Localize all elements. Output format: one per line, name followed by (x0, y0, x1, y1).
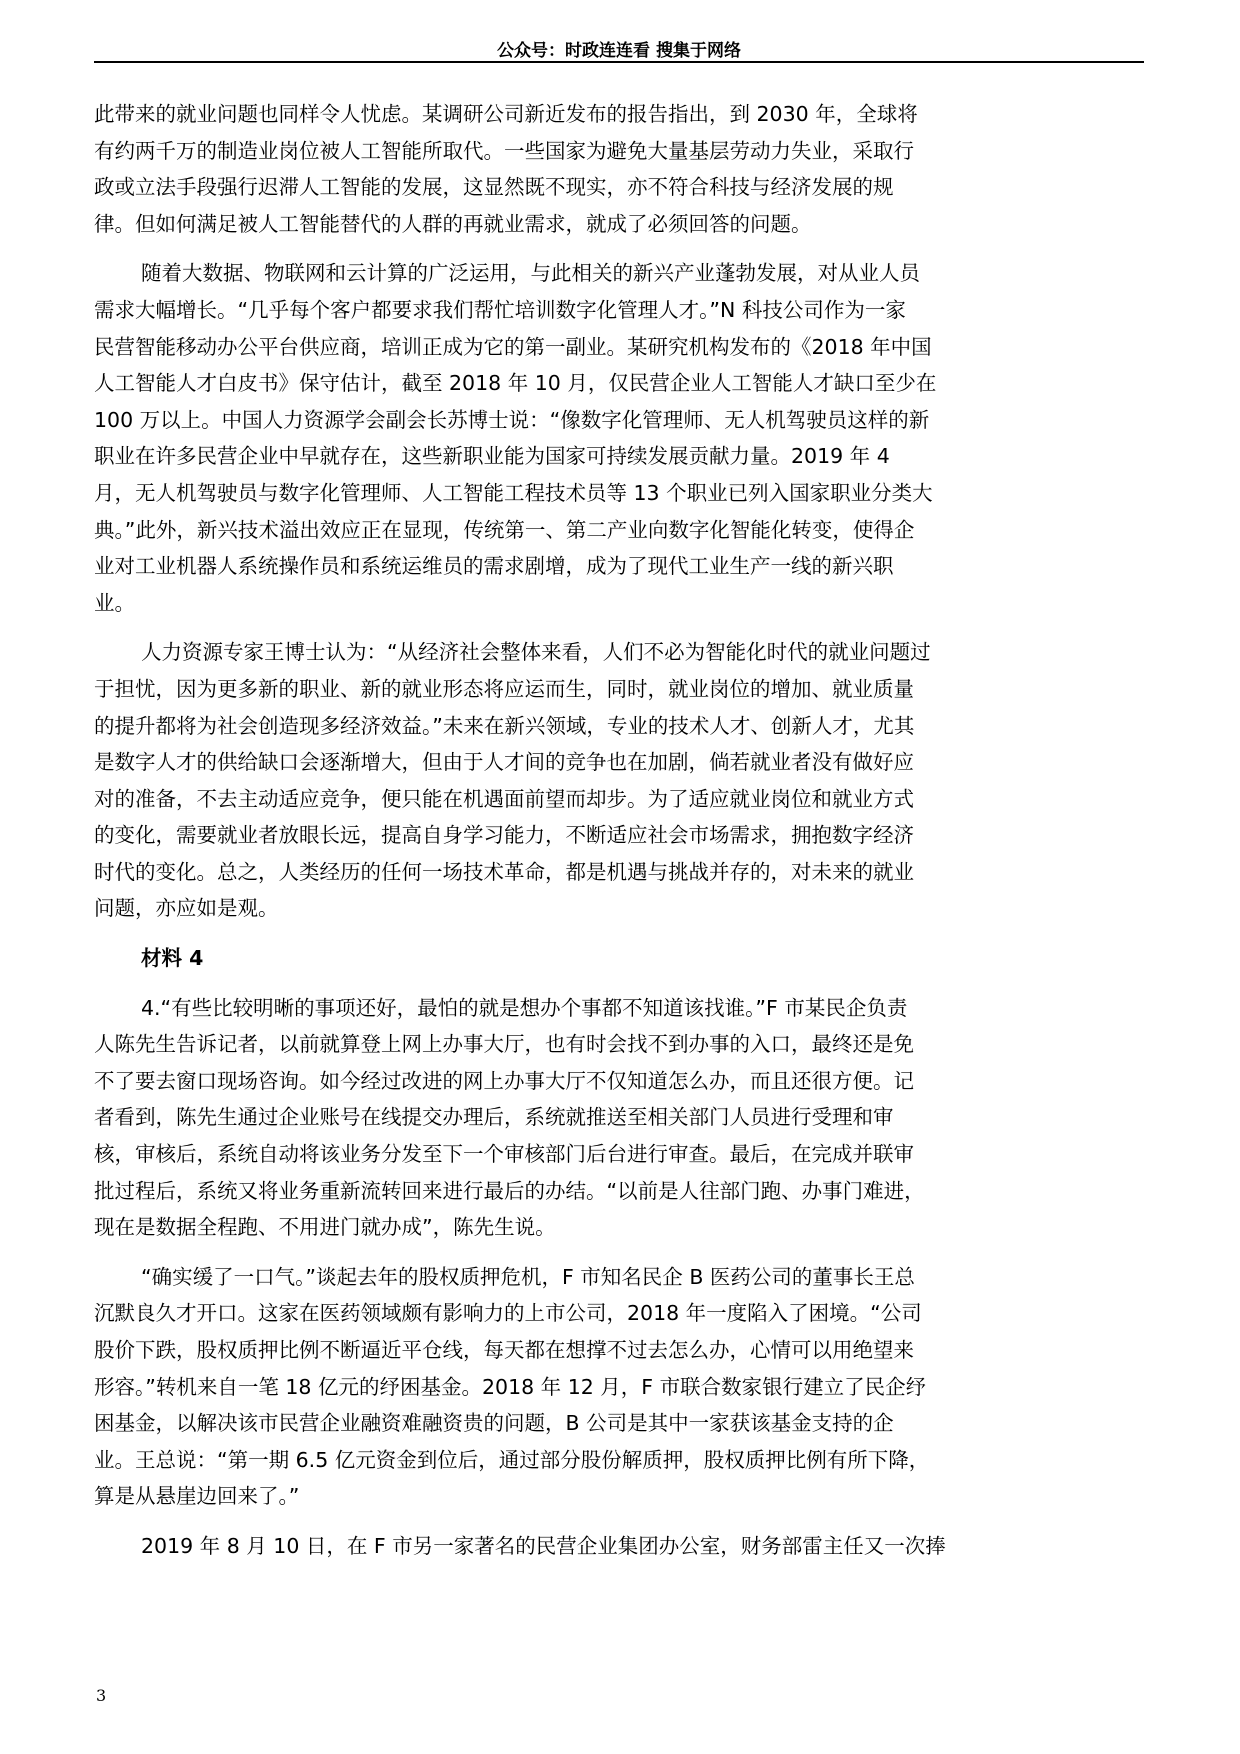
text-line: 100 万以上。中国人力资源学会副会长苏博士说：“像数字化管理师、无人机驾驶员这… (94, 402, 1144, 439)
text-line: 此带来的就业问题也同样令人忧虑。某调研公司新近发布的报告指出，到 2030 年，… (94, 96, 1144, 133)
document-body: 此带来的就业问题也同样令人忧虑。某调研公司新近发布的报告指出，到 2030 年，… (94, 96, 1144, 1578)
text-line: 不了要去窗口现场咨询。如今经过改进的网上办事大厅不仅知道怎么办，而且还很方便。记 (94, 1063, 1144, 1100)
text-line: 职业在许多民营企业中早就存在，这些新职业能为国家可持续发展贡献力量。2019 年… (94, 438, 1144, 475)
text-line: 形容。”转机来自一笔 18 亿元的纾困基金。2018 年 12 月，F 市联合数… (94, 1369, 1144, 1406)
text-line: 算是从悬崖边回来了。” (94, 1478, 1144, 1515)
text-line: 时代的变化。总之，人类经历的任何一场技术革命，都是机遇与挑战并存的，对未来的就业 (94, 854, 1144, 891)
text-line: 现在是数据全程跑、不用进门就办成”，陈先生说。 (94, 1209, 1144, 1246)
header-divider (94, 61, 1144, 63)
text-line: 于担忧，因为更多新的职业、新的就业形态将应运而生，同时，就业岗位的增加、就业质量 (94, 671, 1144, 708)
text-line: 沉默良久才开口。这家在医药领域颇有影响力的上市公司，2018 年一度陷入了困境。… (94, 1295, 1144, 1332)
page-number: 3 (96, 1686, 106, 1705)
text-line: 是数字人才的供给缺口会逐渐增大，但由于人才间的竞争也在加剧，倘若就业者没有做好应 (94, 744, 1144, 781)
text-line: 业。王总说：“第一期 6.5 亿元资金到位后，通过部分股份解质押，股权质押比例有… (94, 1442, 1144, 1479)
paragraph-digital-talent: 随着大数据、物联网和云计算的广泛运用，与此相关的新兴产业蓬勃发展，对从业人员 需… (94, 255, 1144, 621)
text-line: 2019 年 8 月 10 日，在 F 市另一家著名的民营企业集团办公室，财务部… (94, 1528, 1144, 1565)
text-line: 政或立法手段强行迟滞人工智能的发展，这显然既不现实，亦不符合科技与经济发展的规 (94, 169, 1144, 206)
text-line: 月，无人机驾驶员与数字化管理师、人工智能工程技术员等 13 个职业已列入国家职业… (94, 475, 1144, 512)
paragraph-expert-opinion: 人力资源专家王博士认为：“从经济社会整体来看，人们不必为智能化时代的就业问题过 … (94, 634, 1144, 927)
text-line: 民营智能移动办公平台供应商，培训正成为它的第一副业。某研究机构发布的《2018 … (94, 329, 1144, 366)
text-line: 4.“有些比较明晰的事项还好，最怕的就是想办个事都不知道该找谁。”F 市某民企负… (94, 990, 1144, 1027)
text-line: 人陈先生告诉记者，以前就算登上网上办事大厅，也有时会找不到办事的入口，最终还是免 (94, 1026, 1144, 1063)
section-heading: 材料 4 (94, 940, 1144, 977)
paragraph-relief-fund: “确实缓了一口气。”谈起去年的股权质押危机，F 市知名民企 B 医药公司的董事长… (94, 1259, 1144, 1515)
text-line: 人工智能人才白皮书》保守估计，截至 2018 年 10 月，仅民营企业人工智能人… (94, 365, 1144, 402)
text-line: “确实缓了一口气。”谈起去年的股权质押危机，F 市知名民企 B 医药公司的董事长… (94, 1259, 1144, 1296)
text-line: 的变化，需要就业者放眼长远，提高自身学习能力，不断适应社会市场需求，拥抱数字经济 (94, 817, 1144, 854)
text-line: 问题，亦应如是观。 (94, 890, 1144, 927)
text-line: 有约两千万的制造业岗位被人工智能所取代。一些国家为避免大量基层劳动力失业，采取行 (94, 133, 1144, 170)
text-line: 的提升都将为社会创造现多经济效益。”未来在新兴领域，专业的技术人才、创新人才，尤… (94, 708, 1144, 745)
text-line: 人力资源专家王博士认为：“从经济社会整体来看，人们不必为智能化时代的就业问题过 (94, 634, 1144, 671)
text-line: 需求大幅增长。“几乎每个客户都要求我们帮忙培训数字化管理人才。”N 科技公司作为… (94, 292, 1144, 329)
text-line: 律。但如何满足被人工智能替代的人群的再就业需求，就成了必须回答的问题。 (94, 206, 1144, 243)
text-line: 股价下跌，股权质押比例不断逼近平仓线，每天都在想撑不过去怎么办，心情可以用绝望来 (94, 1332, 1144, 1369)
text-line: 困基金，以解决该市民营企业融资难融资贵的问题，B 公司是其中一家获该基金支持的企 (94, 1405, 1144, 1442)
text-line: 者看到，陈先生通过企业账号在线提交办理后，系统就推送至相关部门人员进行受理和审 (94, 1099, 1144, 1136)
text-line: 业对工业机器人系统操作员和系统运维员的需求剧增，成为了现代工业生产一线的新兴职 (94, 548, 1144, 585)
paragraph-continuation: 此带来的就业问题也同样令人忧虑。某调研公司新近发布的报告指出，到 2030 年，… (94, 96, 1144, 242)
paragraph-online-service-hall: 4.“有些比较明晰的事项还好，最怕的就是想办个事都不知道该找谁。”F 市某民企负… (94, 990, 1144, 1246)
text-line: 随着大数据、物联网和云计算的广泛运用，与此相关的新兴产业蓬勃发展，对从业人员 (94, 255, 1144, 292)
text-line: 典。”此外，新兴技术溢出效应正在显现，传统第一、第二产业向数字化智能化转变，使得… (94, 512, 1144, 549)
text-line: 核，审核后，系统自动将该业务分发至下一个审核部门后台进行审查。最后，在完成并联审 (94, 1136, 1144, 1173)
paragraph-finance-office: 2019 年 8 月 10 日，在 F 市另一家著名的民营企业集团办公室，财务部… (94, 1528, 1144, 1565)
text-line: 对的准备，不去主动适应竞争，便只能在机遇面前望而却步。为了适应就业岗位和就业方式 (94, 781, 1144, 818)
page-header: 公众号：时政连连看 搜集于网络 (94, 36, 1144, 64)
text-line: 业。 (94, 585, 1144, 622)
text-line: 批过程后，系统又将业务重新流转回来进行最后的办结。“以前是人往部门跑、办事门难进… (94, 1173, 1144, 1210)
